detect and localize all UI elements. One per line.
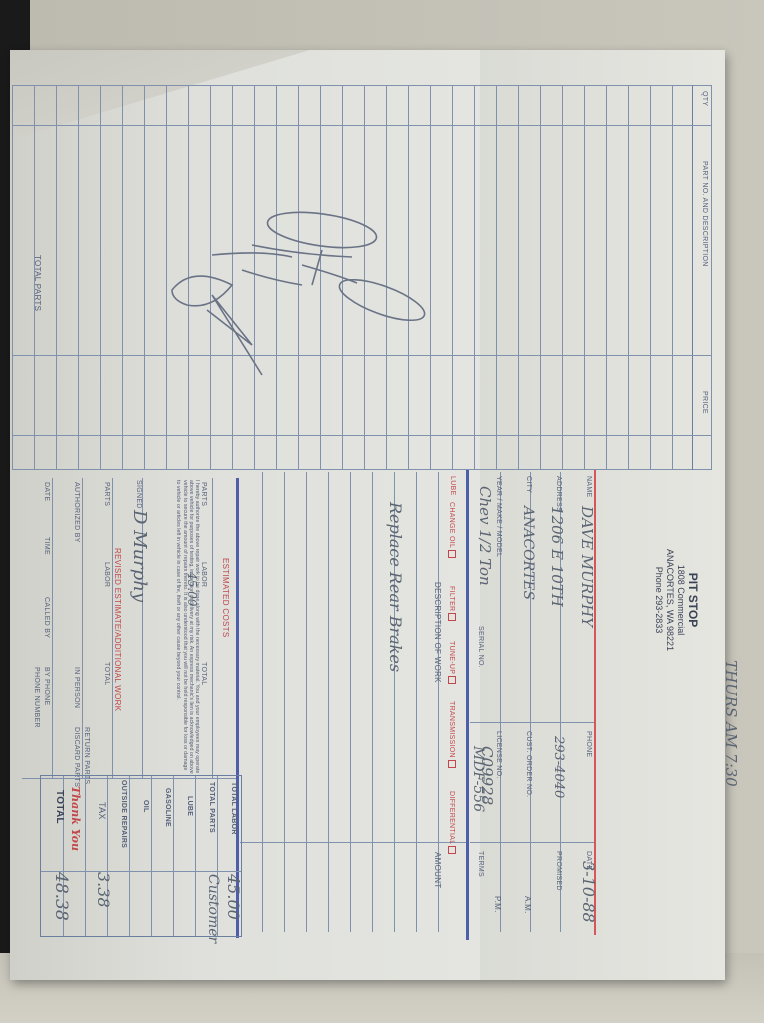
total-parts-value: Customer (205, 874, 221, 943)
revised-date-label: DATE (43, 482, 50, 501)
total-labor-label: TOTAL LABOR (230, 782, 237, 835)
signed-label: SIGNED (135, 480, 142, 509)
customer-city: ANACORTES (520, 506, 536, 600)
serial-label: SERIAL NO. (477, 626, 484, 668)
date-value: 3-10-88 (579, 861, 598, 923)
est-total-col: TOTAL (200, 662, 207, 685)
license-label: LICENSE NO. (495, 731, 502, 779)
work-section: LUBE CHANGE OIL FILTER TUNE-UP TRANSMISS… (240, 472, 466, 932)
phone-number-label: PHONE NUMBER (33, 667, 40, 728)
business-phone: Phone 293-2833 (654, 500, 664, 700)
customer-name: DAVE MURPHY (578, 506, 596, 627)
checkbox-differential[interactable]: DIFFERENTIAL (448, 791, 456, 854)
checkbox-change-oil[interactable]: CHANGE OIL (448, 502, 456, 558)
revised-parts-label: PARTS (103, 482, 110, 506)
vehicle-value: Chev 1/2 Ton (476, 486, 494, 586)
part-description-header: PART NO. AND DESCRIPTION (701, 161, 708, 267)
totals-section: TOTAL LABOR 45.00 TOTAL PARTS Customer L… (40, 775, 242, 937)
tax-value: 3.38 (94, 872, 113, 908)
by-phone-label: BY PHONE (43, 667, 50, 705)
authorized-by-label: AUTHORIZED BY (73, 482, 80, 543)
total-parts-footer: TOTAL PARTS (33, 255, 42, 311)
qty-header: QTY (701, 91, 708, 106)
am-label: A.M. (523, 896, 532, 914)
phone-label: PHONE (585, 731, 592, 757)
revised-labor-label: LABOR (103, 562, 110, 587)
customer-address: 1206 E 10TH (548, 506, 566, 607)
description-of-work-label: DESCRIPTION OF WORK (433, 582, 442, 683)
thank-you-text: Thank You (69, 786, 82, 851)
checkbox-lube[interactable]: LUBE (449, 476, 456, 496)
city-label: CITY (525, 476, 532, 493)
checkbox-transmission[interactable]: TRANSMISSION (448, 701, 456, 768)
est-labor-col: LABOR (200, 562, 207, 587)
authorization-text: I hereby authorize the above repair work… (175, 480, 200, 776)
tax-label: TAX (97, 802, 107, 820)
total-labor-value: 45.00 (224, 874, 243, 920)
grand-total-label: TOTAL (54, 790, 65, 824)
customer-signature: D Murphy (129, 510, 150, 602)
business-address: 1808 Commercial (676, 500, 686, 700)
estimated-costs-title: ESTIMATED COSTS (221, 558, 230, 637)
oil-label: OIL (142, 800, 149, 813)
top-note: THURS AM 7:30 (722, 660, 740, 787)
outside-repairs-label: OUTSIDE REPAIRS (120, 780, 127, 848)
work-description: Replace Rear Brakes (386, 502, 405, 802)
business-city: ANACORTES, WA 98221 (665, 500, 675, 700)
revised-total-label: TOTAL (103, 662, 110, 685)
checkbox-tune-up[interactable]: TUNE-UP (448, 641, 456, 684)
promised-label: PROMISED (555, 851, 562, 891)
called-by-label: CALLED BY (43, 597, 50, 638)
name-label: NAME (585, 476, 592, 497)
gasoline-label: GASOLINE (164, 788, 171, 827)
customer-info: NAME DAVE MURPHY PHONE DATE 3-10-88 ADDR… (470, 472, 594, 932)
grand-total-value: 48.38 (51, 872, 71, 921)
revised-estimate-title: REVISED ESTIMATE/ADDITIONAL WORK (113, 548, 122, 711)
est-parts-col: PARTS (200, 482, 207, 506)
time-label: TIME (43, 537, 50, 555)
total-parts-label: TOTAL PARTS (208, 782, 215, 833)
serial-value: MDF-556 (470, 746, 486, 812)
customer-phone: 293-4040 (551, 736, 566, 798)
blue-divider (466, 470, 469, 940)
terms-label: TERMS (477, 851, 484, 877)
handwritten-signature (152, 195, 442, 395)
pm-label: P.M. (493, 896, 502, 913)
in-person-label: IN PERSON (73, 667, 80, 708)
amount-label: AMOUNT (433, 852, 442, 888)
parts-grid: QTY PART NO. AND DESCRIPTION PRICE TOTAL… (12, 85, 712, 470)
vehicle-label: YEAR / MAKE / MODEL (495, 476, 502, 557)
lube-label: LUBE (186, 796, 193, 816)
checkbox-filter[interactable]: FILTER (448, 586, 456, 621)
price-header: PRICE (701, 391, 708, 414)
business-name: PIT STOP (686, 500, 700, 700)
order-taker-label: CUST. ORDER NO. (525, 731, 532, 797)
